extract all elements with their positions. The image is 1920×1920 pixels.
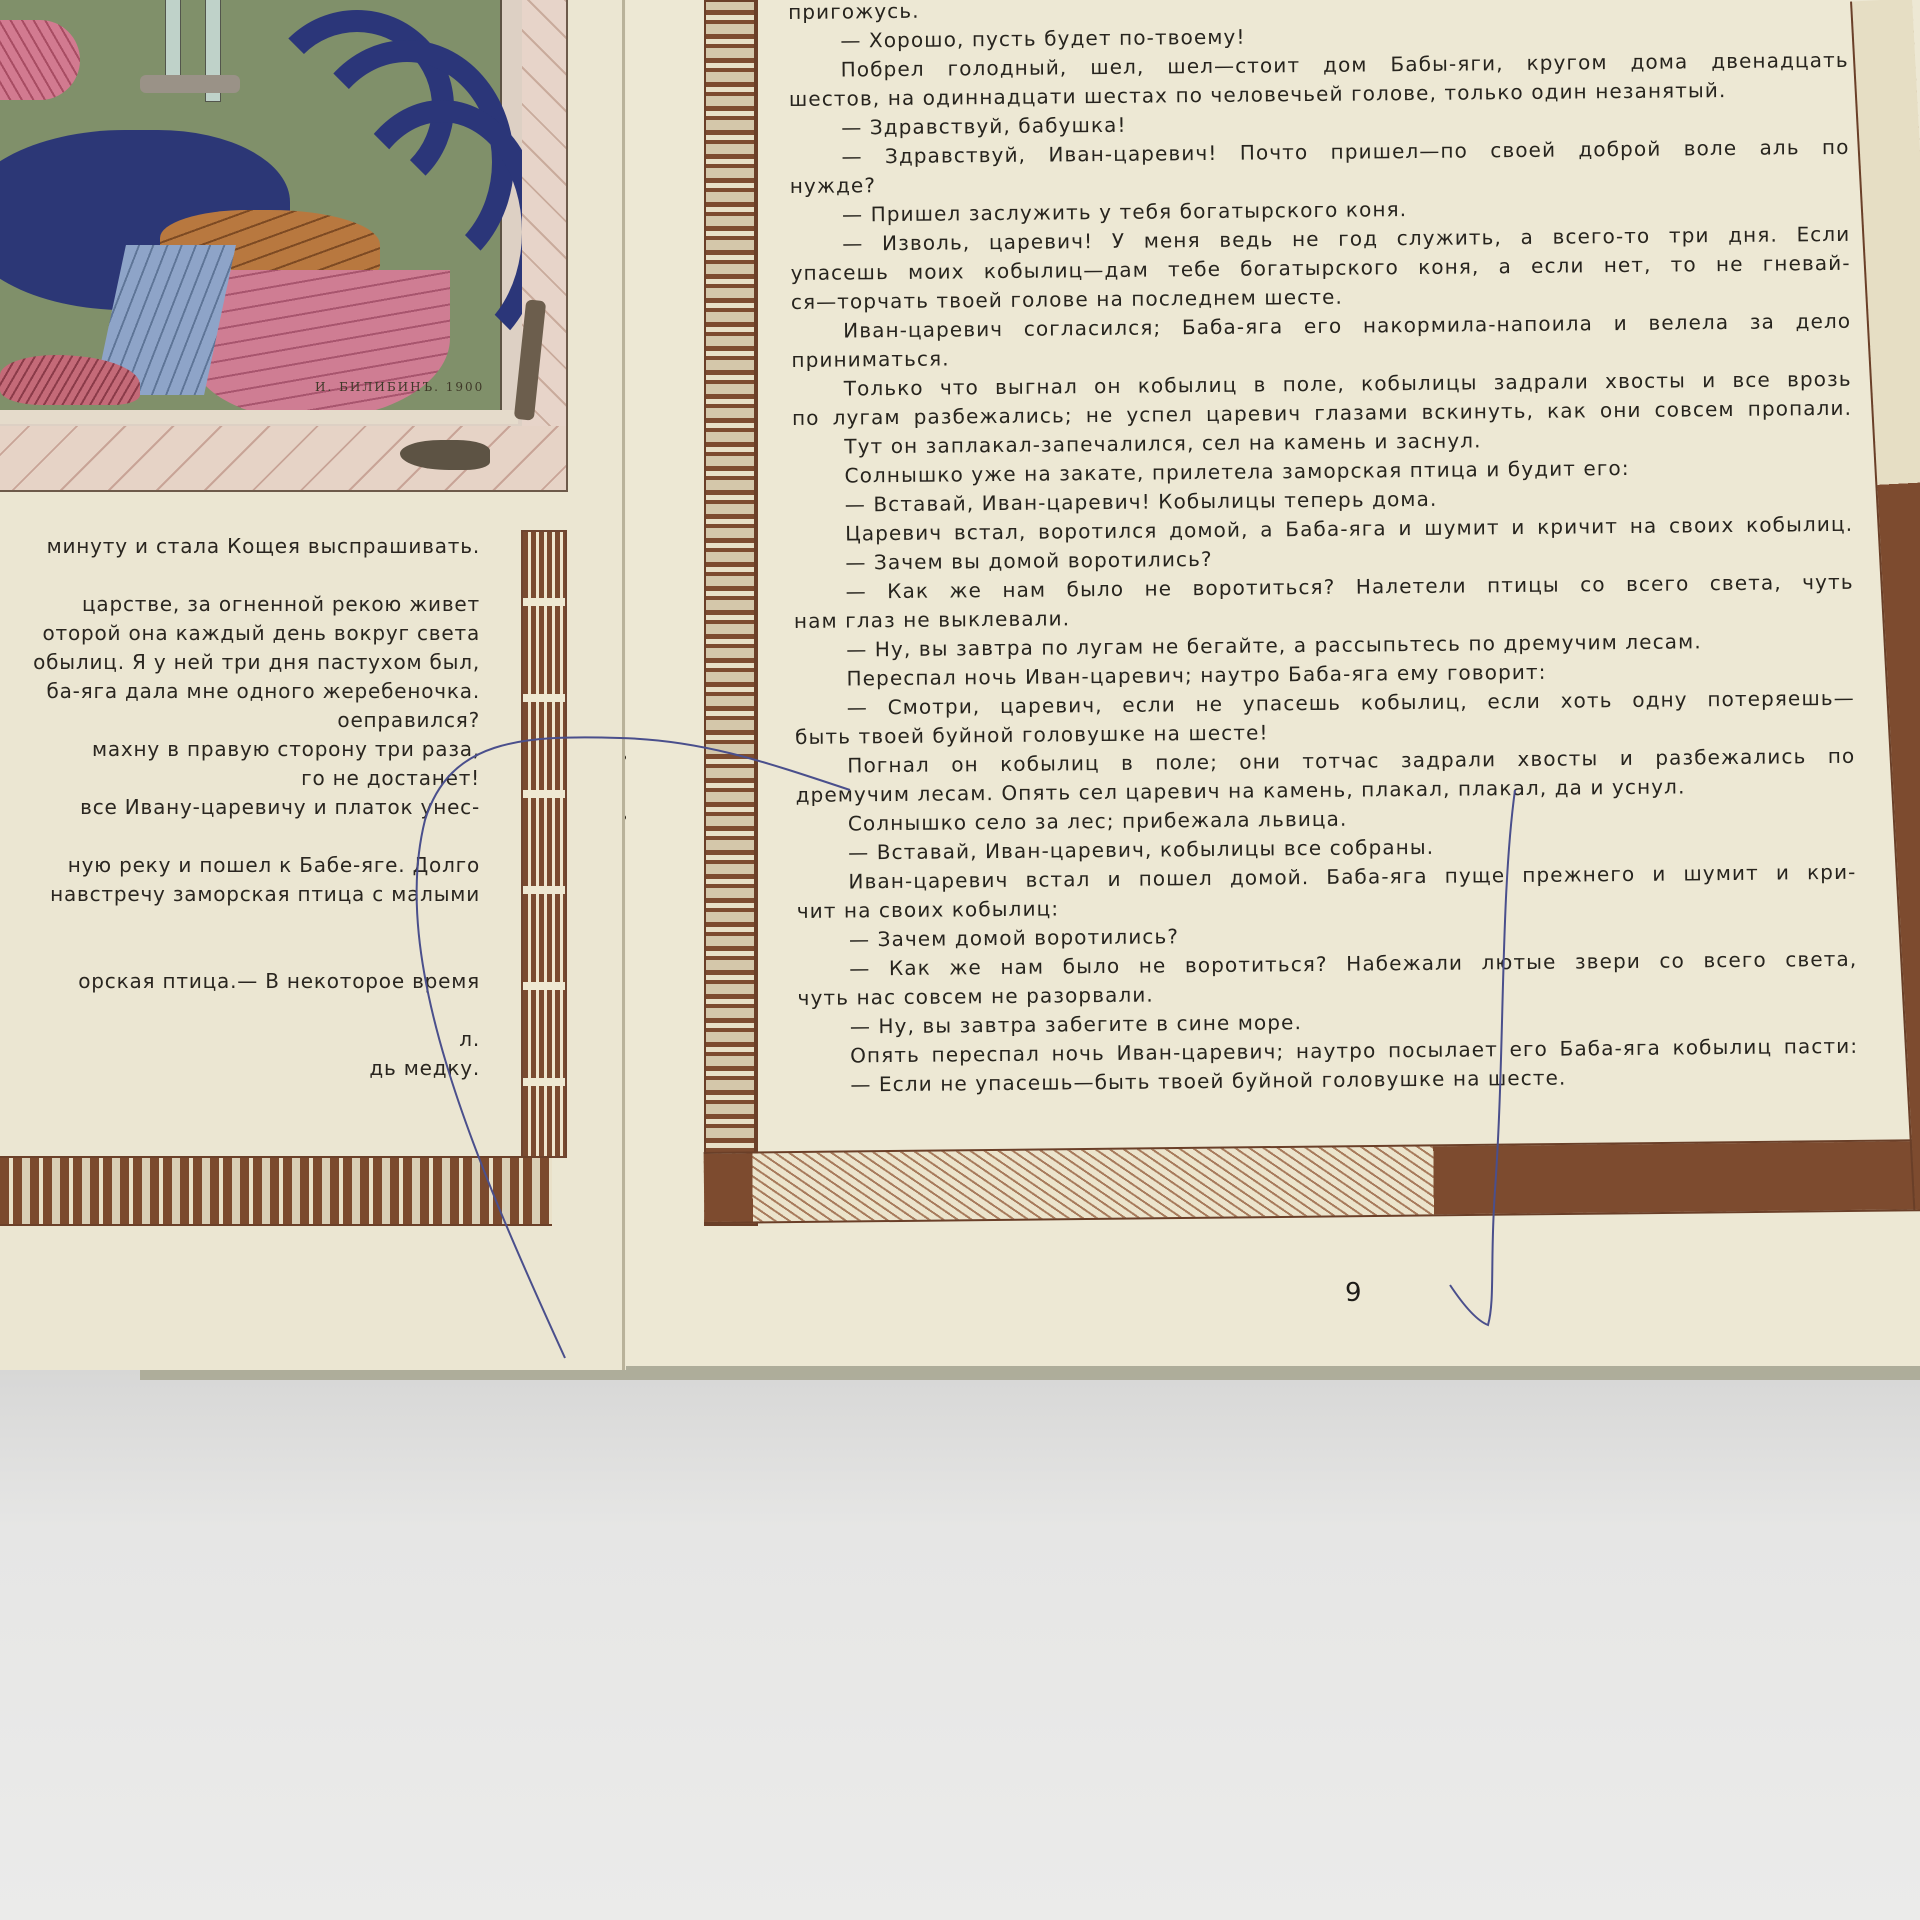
rooster-neck xyxy=(0,20,80,100)
ornament-inner-rule xyxy=(754,0,757,1154)
illustration: И. БИЛИБИНЪ. 1900 xyxy=(0,0,568,492)
text-line xyxy=(0,996,480,1025)
text-line: минуту и стала Кощея выспрашивать. xyxy=(0,532,480,561)
left-page: И. БИЛИБИНЪ. 1900 минуту и стала Кощея в… xyxy=(0,0,626,1370)
text-line: навстречу заморская птица с малыми xyxy=(0,880,480,909)
ornament-column-left xyxy=(521,530,567,1158)
illustration-scene: И. БИЛИБИНЪ. 1900 xyxy=(0,0,502,412)
text-line xyxy=(0,938,480,967)
ornament-footer-landscape xyxy=(704,1139,1920,1224)
text-line: оторой она каждый день вокруг света xyxy=(0,619,480,648)
post-base xyxy=(140,75,240,93)
text-line: ную реку и пошел к Бабе-яге. Долго xyxy=(0,851,480,880)
book-spine xyxy=(622,0,625,1370)
ornament-footer-left-village xyxy=(0,1156,552,1226)
text-line: царстве, за огненной рекою живет xyxy=(0,590,480,619)
artist-signature: И. БИЛИБИНЪ. 1900 xyxy=(315,380,484,394)
text-line: л. xyxy=(0,1025,480,1054)
right-page-text: пригожусь.— Хорошо, пусть будет по-твоем… xyxy=(788,0,1859,1100)
text-line: махну в правую сторону три раза, xyxy=(0,735,480,764)
rooster-pink-feathers xyxy=(190,270,450,420)
text-line: ба-яга дала мне одного жеребеночка. xyxy=(0,677,480,706)
left-page-text: минуту и стала Кощея выспрашивать. царст… xyxy=(0,532,480,1083)
illustration-frame xyxy=(0,410,518,424)
table-surface xyxy=(0,1360,1920,1920)
text-line: орская птица.— В некоторое время xyxy=(0,967,480,996)
ornament-column-town xyxy=(704,0,758,1226)
text-line: оеправился? xyxy=(0,706,480,735)
text-line: обылиц. Я у ней три дня пастухом был, xyxy=(0,648,480,677)
text-line xyxy=(0,822,480,851)
text-line: го не достанет! xyxy=(0,764,480,793)
page-number: 9 xyxy=(1345,1278,1362,1308)
text-line xyxy=(0,561,480,590)
text-line: дь медку. xyxy=(0,1054,480,1083)
text-line xyxy=(0,909,480,938)
text-line: все Ивану-царевичу и платок унес- xyxy=(0,793,480,822)
